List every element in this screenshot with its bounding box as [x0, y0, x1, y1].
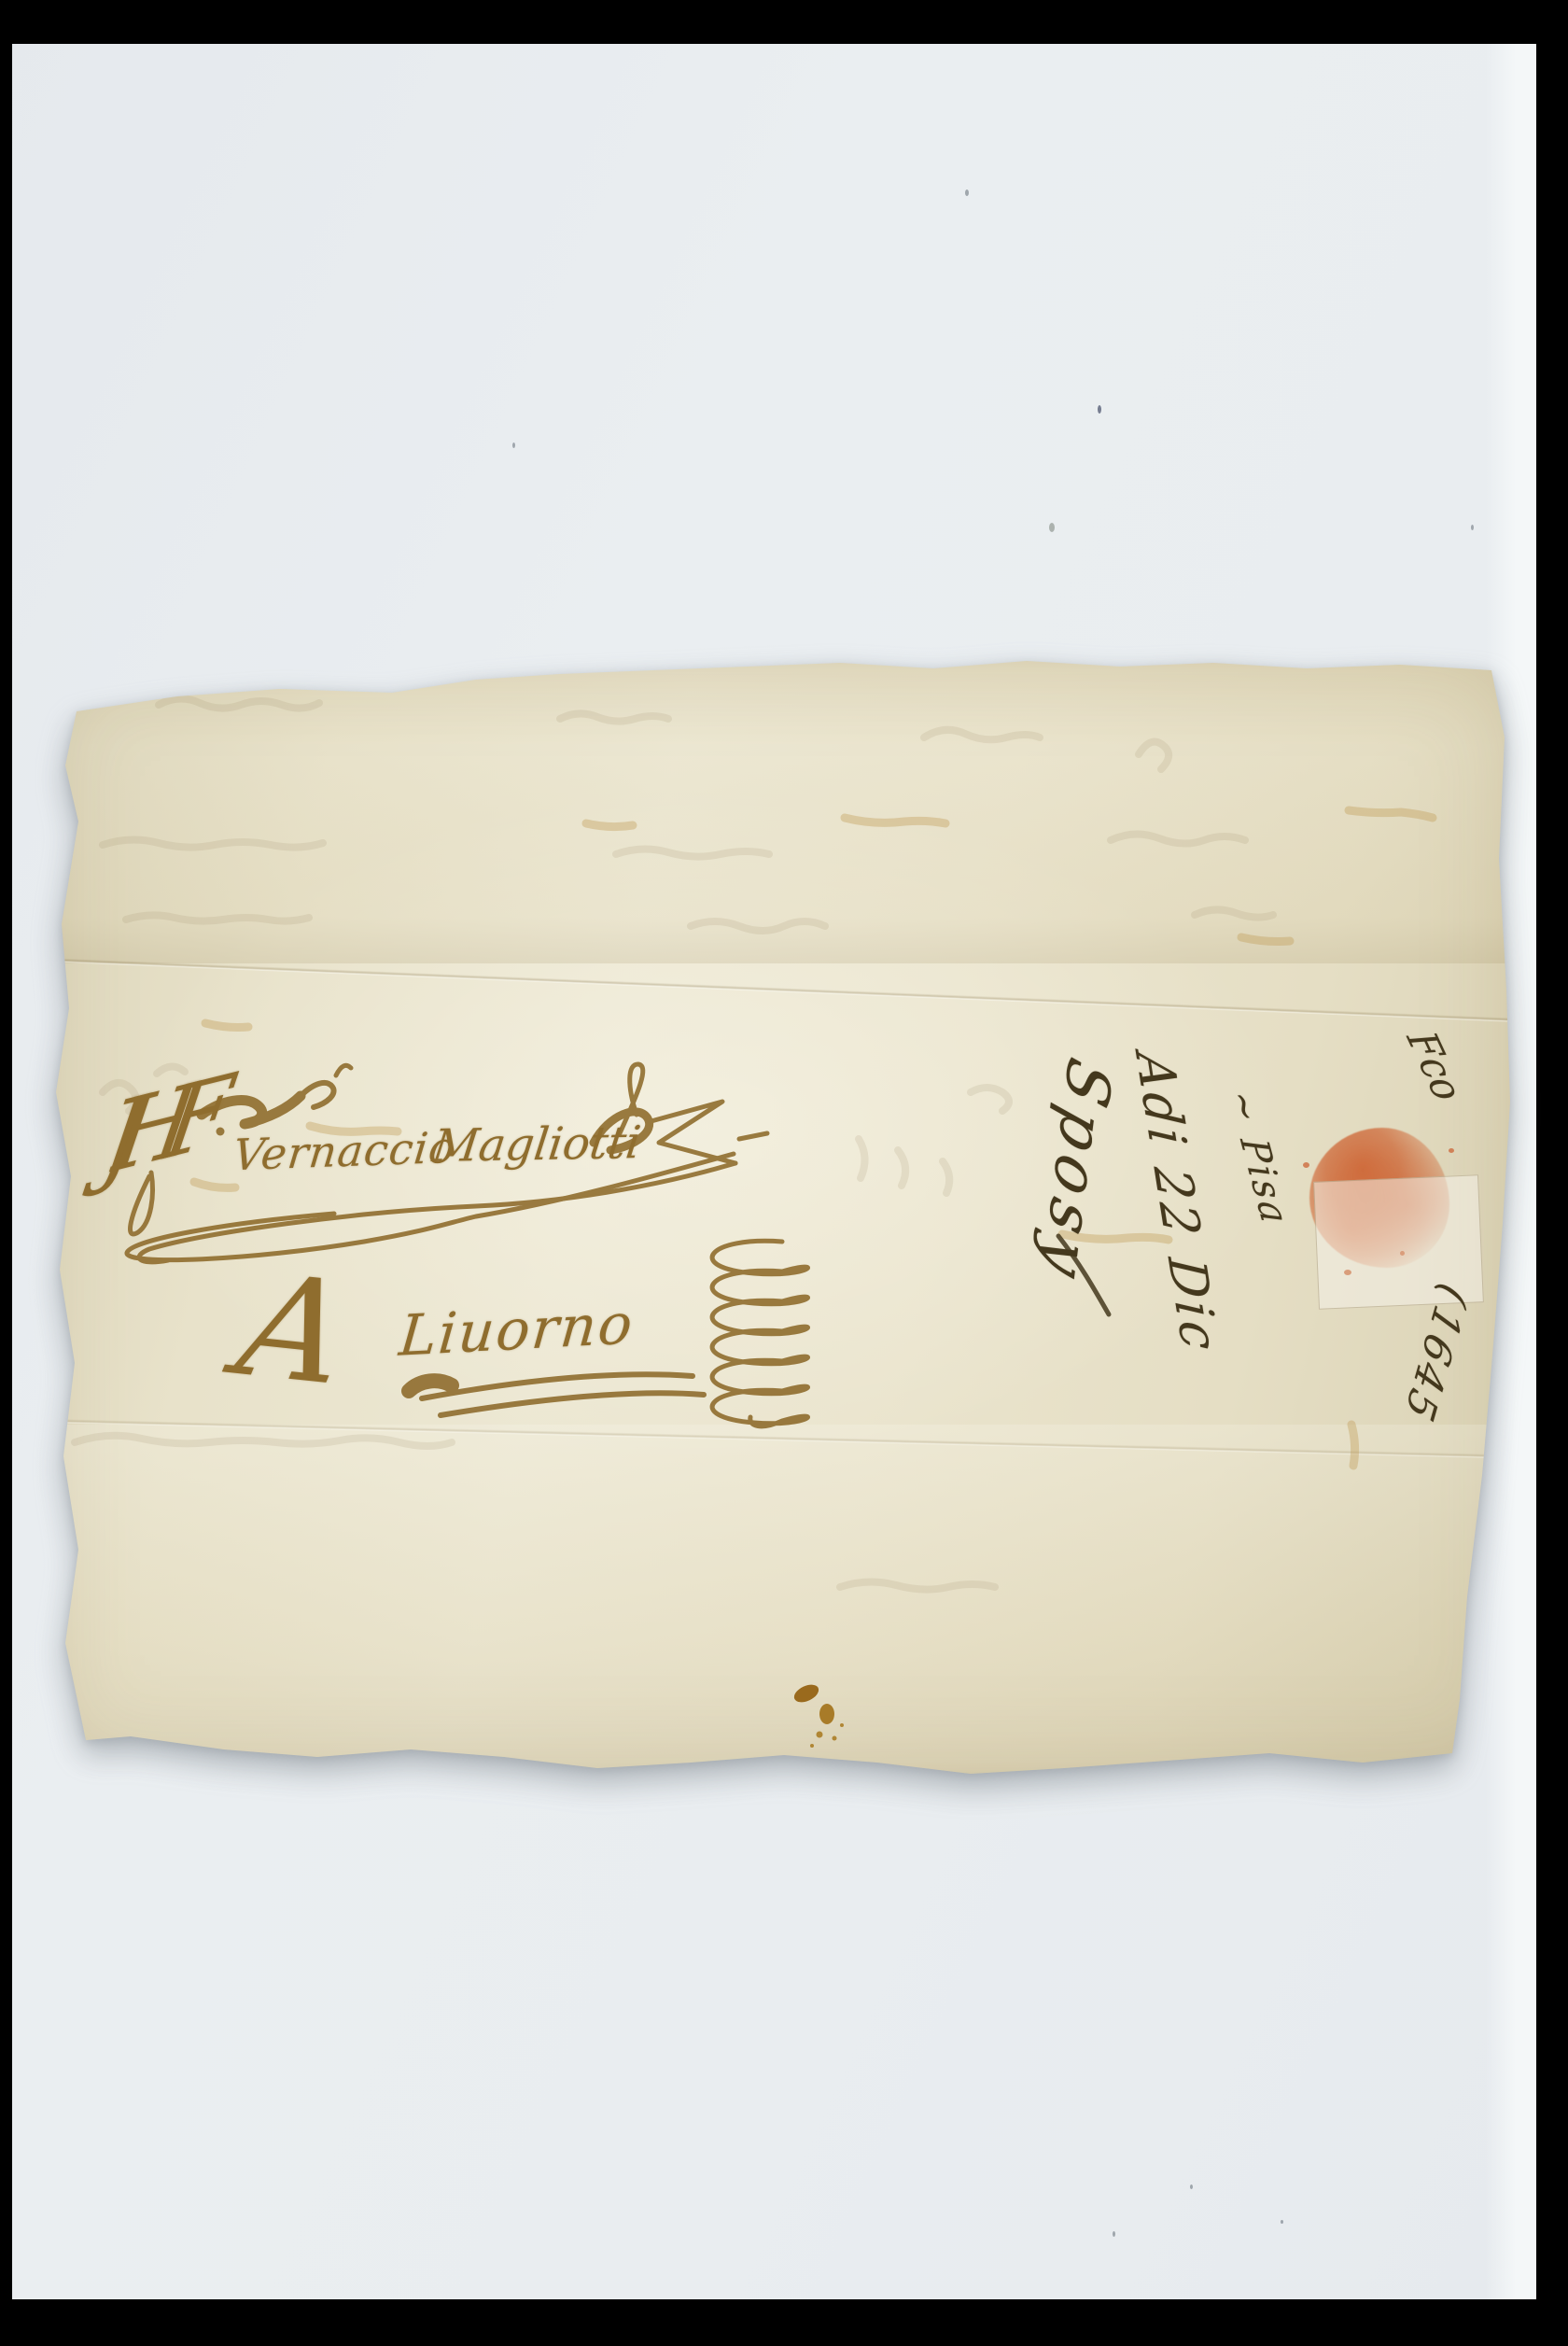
- address-honorific-monogram: JHF: [96, 1059, 215, 1198]
- abbreviation-tilde: ~: [1218, 1090, 1270, 1126]
- dust-speck: [1113, 2231, 1115, 2237]
- dust-speck: [1190, 2184, 1193, 2189]
- address-pen-flourishes: [127, 1064, 807, 1426]
- docket-origin-mark: ~ Pisa: [1218, 1090, 1297, 1227]
- ink-blot: [791, 1681, 844, 1748]
- fold-crease-lower: [65, 1419, 1512, 1459]
- dust-speck: [512, 443, 515, 448]
- dust-speck: [1471, 525, 1474, 530]
- wax-speck: [1344, 1270, 1351, 1275]
- docket-franco-mark: Fco: [1397, 1027, 1473, 1105]
- year-value: 1645: [1395, 1299, 1471, 1431]
- letterbox-strip-left: [0, 44, 12, 2299]
- address-recipient-first-name: Vernaccio: [231, 1122, 458, 1181]
- docket-date-note: Adi 22 Dic: [1124, 1052, 1231, 1355]
- letterbox-bar-bottom: [0, 2299, 1568, 2346]
- origin-name: Pisa: [1231, 1137, 1298, 1226]
- dust-speck: [1098, 405, 1101, 414]
- address-recipient-last-name: Magliotti: [430, 1117, 644, 1173]
- letterbox-bar-top: [0, 0, 1568, 44]
- fold-panel-shading-top: [37, 653, 1521, 963]
- letter-paper: JHF Vernaccio Magliotti A Liuorno Sposy …: [37, 653, 1521, 1778]
- wax-speck: [1449, 1148, 1454, 1153]
- letter-paper-wrapper: JHF Vernaccio Magliotti A Liuorno Sposy …: [37, 653, 1521, 1778]
- handwriting-flourishes-layer: [37, 653, 1521, 1778]
- dust-speck: [1049, 523, 1055, 532]
- fold-panel-shading-bottom: [37, 1425, 1521, 1778]
- address-city-preposition: A: [226, 1243, 362, 1417]
- wax-speck: [1400, 1251, 1405, 1256]
- docket-paraph: Sposy: [1029, 1049, 1125, 1294]
- dust-speck: [965, 190, 969, 196]
- address-city: Liuorno: [397, 1291, 637, 1370]
- letterbox-strip-right: [1536, 44, 1568, 2299]
- dust-speck: [1281, 2220, 1283, 2224]
- wax-speck: [1303, 1162, 1309, 1168]
- fold-crease-upper: [52, 958, 1515, 1022]
- photograph-of-letter: JHF Vernaccio Magliotti A Liuorno Sposy …: [0, 0, 1568, 2346]
